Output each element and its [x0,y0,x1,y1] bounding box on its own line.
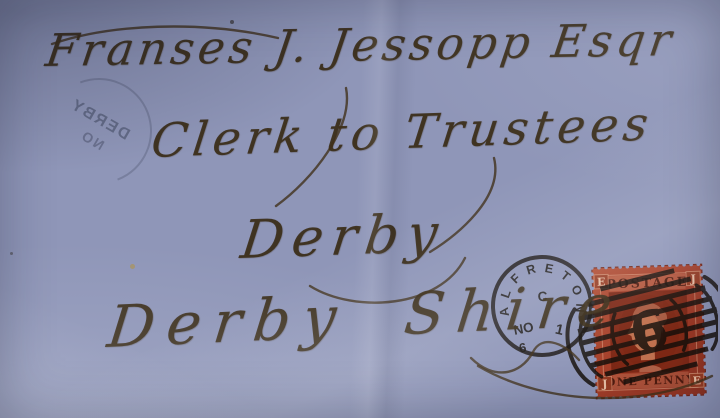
stamp-corner-letter-bl: J [601,377,608,390]
envelope-photo: DERBY NO ALFRETON C NO 1 6 [0,0,720,418]
ghost-postmark-ring [29,61,169,201]
address-line-recipient: Franses J. Jessopp Esqr [43,13,679,77]
address-line-title: Clerk to Trustees [148,97,656,169]
stamp-corner-letter-br: E [692,374,701,387]
ink-speck [10,252,13,255]
address-line-town: Derby [237,203,449,271]
stain-speck [130,264,135,269]
